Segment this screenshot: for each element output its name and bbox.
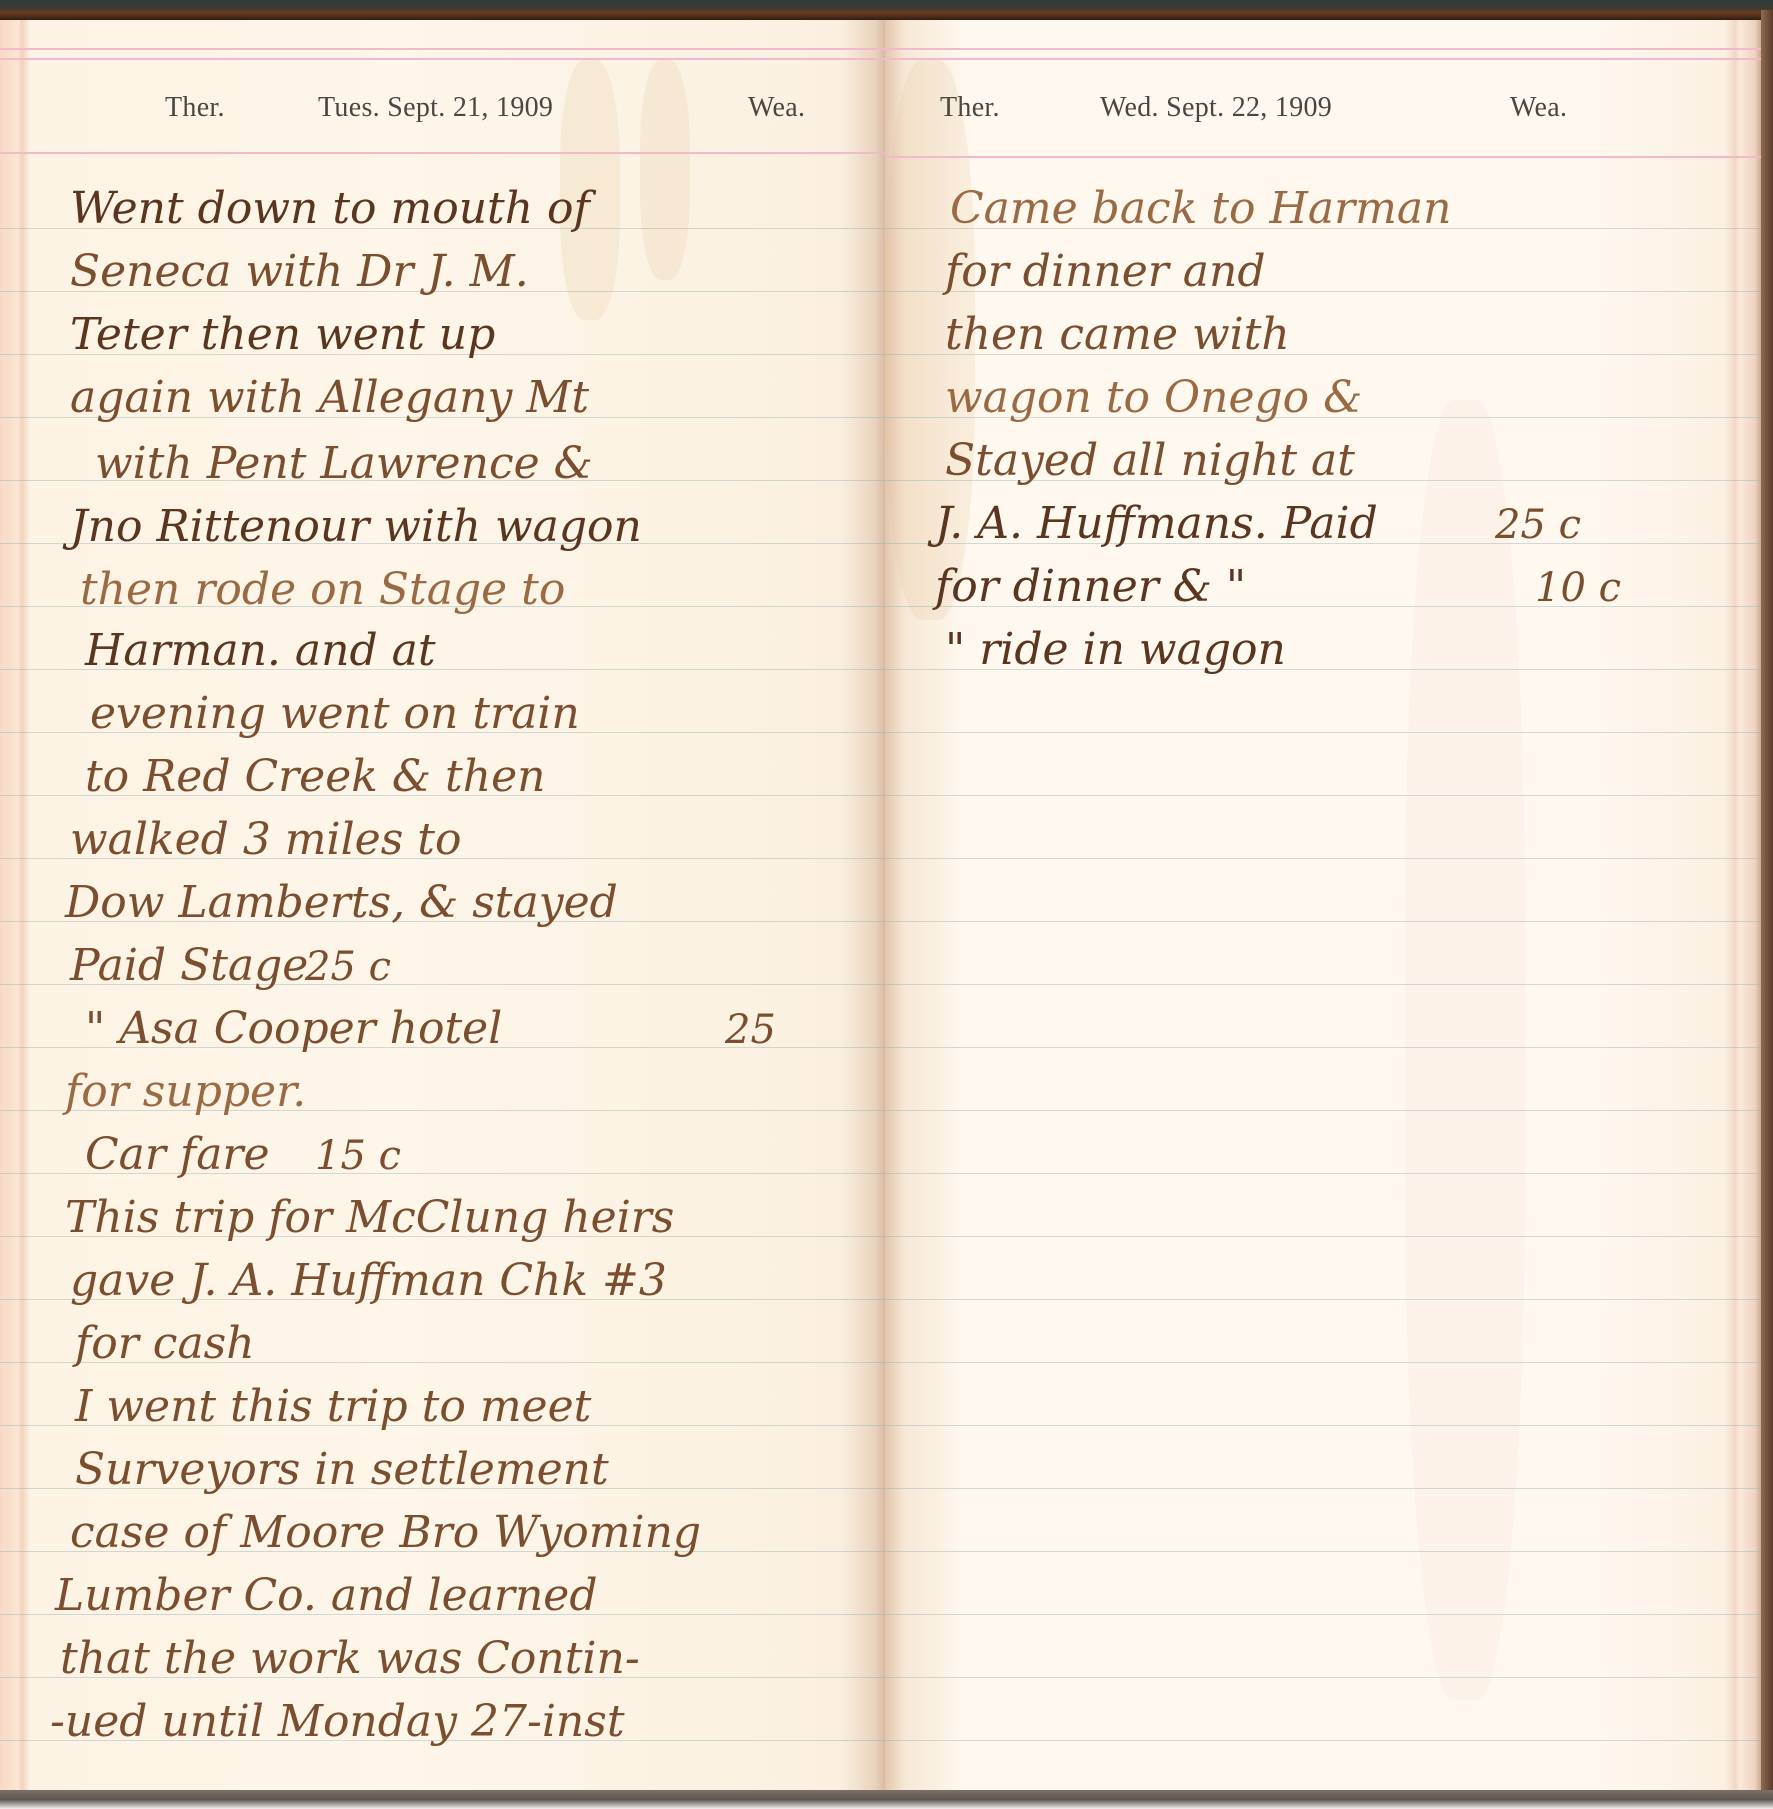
entry-line: then came with [945, 309, 1290, 360]
entry-line: Seneca with Dr J. M. [70, 246, 529, 297]
ruled-line [885, 1488, 1761, 1489]
entry-line: with Pent Lawrence & [95, 438, 593, 489]
entry-line: to Red Creek & then [85, 751, 545, 802]
entry-line: then rode on Stage to [80, 564, 565, 615]
ruled-line [885, 1362, 1761, 1363]
ruled-line [885, 1110, 1761, 1111]
book-cover-right-edge [1761, 10, 1773, 1800]
entry-line: Teter then went up [70, 309, 495, 360]
diary-page-right: Ther. Wed. Sept. 22, 1909 Wea. Came back… [885, 20, 1761, 1790]
entry-line: -ued until Monday 27-inst [50, 1696, 625, 1747]
weather-label: Wea. [748, 92, 805, 124]
ruled-line [885, 921, 1761, 922]
entry-line: wagon to Onego & [945, 372, 1362, 423]
ruled-line [885, 1236, 1761, 1237]
entry-line: evening went on train [90, 688, 580, 739]
entry-line: Stayed all night at [945, 435, 1355, 486]
ruled-line [885, 1047, 1761, 1048]
ruled-line [885, 1551, 1761, 1552]
entry-line: Dow Lamberts, & stayed [65, 877, 618, 928]
bleed-through [1405, 400, 1525, 1700]
top-rule [0, 58, 885, 60]
diary-page-left: Ther. Tues. Sept. 21, 1909 Wea. Went dow… [0, 20, 885, 1790]
expense-label: Car fare [85, 1129, 270, 1180]
page-date: Tues. Sept. 21, 1909 [318, 92, 553, 124]
entry-line: Came back to Harman [950, 183, 1451, 234]
entry-line: J. A. Huffmans. Paid [935, 498, 1378, 549]
entry-line: gave J. A. Huffman Chk #3 [70, 1255, 667, 1306]
page-date: Wed. Sept. 22, 1909 [1100, 92, 1332, 124]
expense-label: Paid Stage [70, 940, 308, 991]
weather-label: Wea. [1510, 92, 1567, 124]
thermometer-label: Ther. [165, 92, 225, 124]
expense-amount: 25 [725, 1007, 776, 1053]
entry-line: for dinner & " [935, 561, 1246, 612]
book-cover-bottom-edge [0, 1790, 1773, 1809]
water-stain [640, 60, 690, 280]
ruled-line [885, 732, 1761, 733]
entry-line: " ride in wagon [945, 624, 1286, 675]
ruled-line [885, 984, 1761, 985]
entry-line: for cash [75, 1318, 255, 1369]
top-rule [885, 48, 1761, 50]
entry-line: Went down to mouth of [70, 183, 590, 234]
entry-line: Jno Rittenour with wagon [70, 501, 642, 552]
expense-amount: 25 c [305, 944, 391, 990]
entry-line: This trip for McClung heirs [65, 1192, 674, 1243]
entry-line: I went this trip to meet [75, 1381, 591, 1432]
expense-amount: 25 c [1495, 502, 1581, 548]
entry-line: Surveyors in settlement [75, 1444, 609, 1495]
entry-line: for dinner and [945, 246, 1266, 297]
expense-label: " Asa Cooper hotel [85, 1003, 502, 1054]
thermometer-label: Ther. [940, 92, 1000, 124]
expense-amount: 15 c [315, 1133, 401, 1179]
ruled-line [885, 795, 1761, 796]
entry-line: Harman. and at [85, 625, 436, 676]
header-rule [0, 152, 885, 154]
top-rule [885, 58, 1761, 60]
entry-line: Lumber Co. and learned [55, 1570, 598, 1621]
ruled-line [885, 858, 1761, 859]
entry-line: walked 3 miles to [70, 814, 461, 865]
entry-line: again with Allegany Mt [70, 372, 589, 423]
ruled-line [885, 1677, 1761, 1678]
ruled-line [885, 1173, 1761, 1174]
entry-line: that the work was Contin- [60, 1633, 640, 1684]
entry-line: for supper. [65, 1066, 306, 1117]
ruled-line [885, 1425, 1761, 1426]
expense-amount: 10 c [1535, 565, 1621, 611]
entry-line: case of Moore Bro Wyoming [70, 1507, 701, 1558]
book-cover-top-edge [0, 0, 1773, 22]
ruled-line [885, 1614, 1761, 1615]
header-rule [885, 156, 1761, 158]
top-rule [0, 48, 885, 50]
ruled-line [885, 1740, 1761, 1741]
ruled-line [885, 1299, 1761, 1300]
